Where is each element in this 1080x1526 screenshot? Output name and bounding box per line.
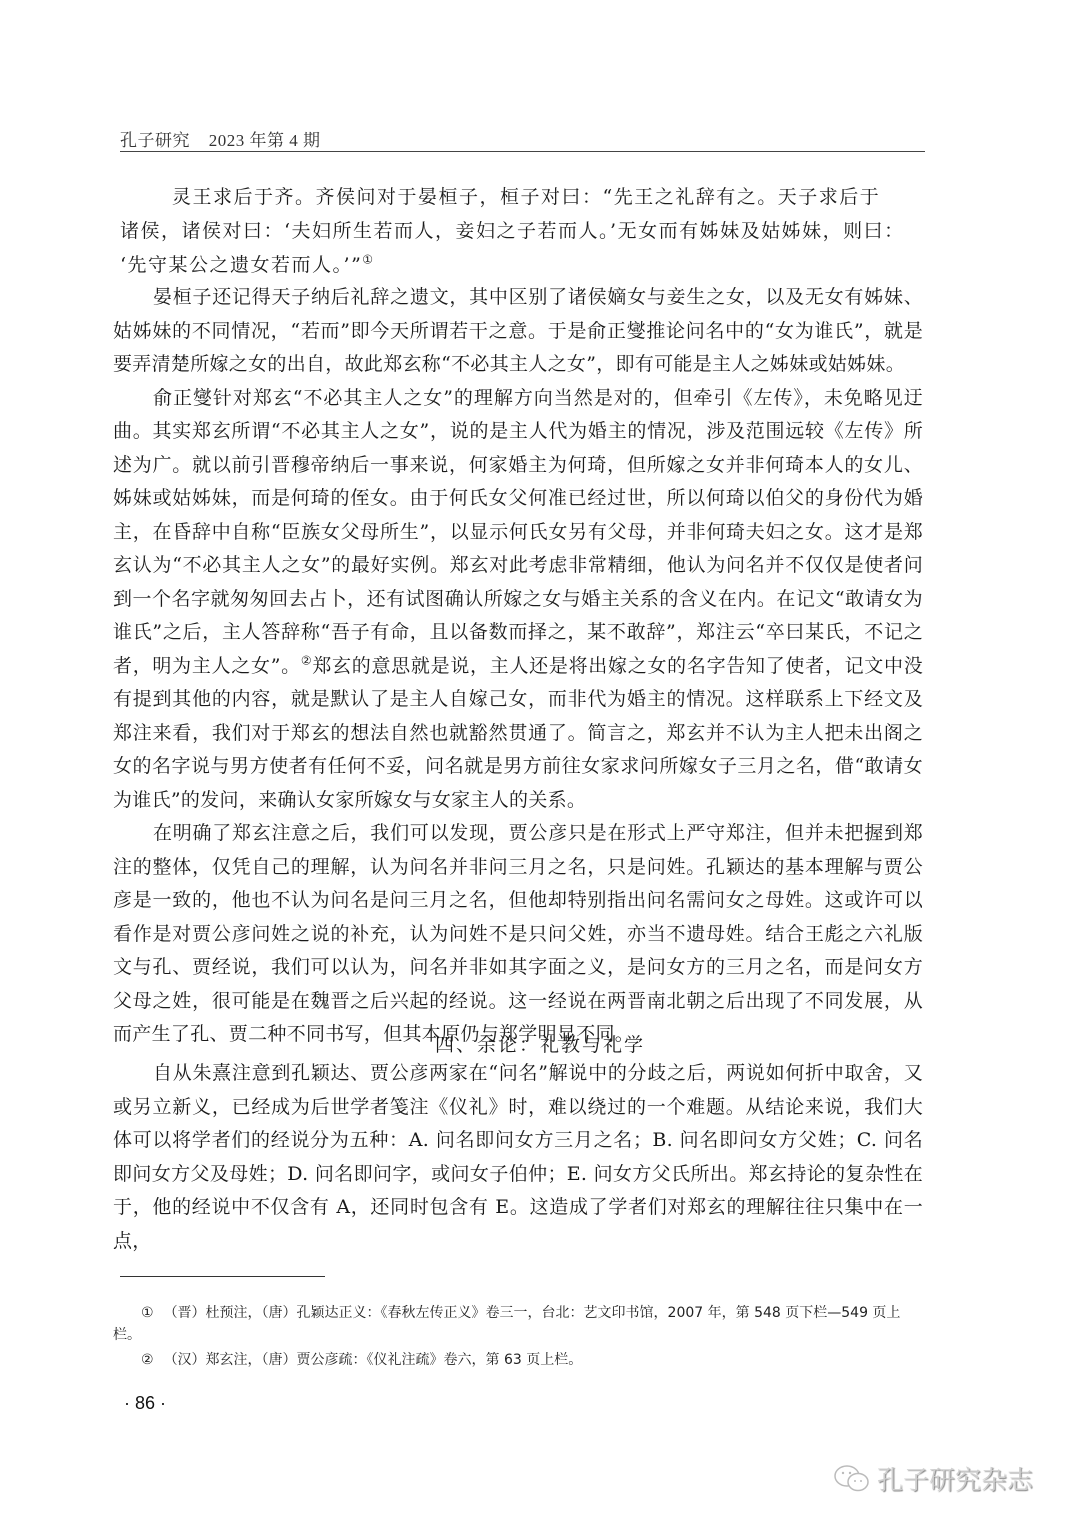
page-number: · 86 · [124, 1393, 166, 1414]
watermark: 孔子研究杂志 [833, 1460, 1033, 1497]
quote-line-text: ‘先守某公之遗女若而人。’” [120, 254, 362, 276]
footnotes: ①（晋）杜预注，（唐）孔颖达正义：《春秋左传正义》卷三一，台北：艺文印书馆，20… [113, 1302, 923, 1374]
block-quote: 灵王求后于齐。齐侯问对于晏桓子，桓子对曰：“先王之礼辞有之。天子求后于 诸侯，诸… [120, 180, 920, 282]
body-text: 晏桓子还记得天子纳后礼辞之遗文，其中区别了诸侯嫡女与妾生之女，以及无女有姊妹、姑… [113, 281, 923, 1052]
paragraph: 俞正燮针对郑玄“不必其主人之女”的理解方向当然是对的，但牵引《左传》，未免略见迂… [113, 382, 923, 818]
watermark-text: 孔子研究杂志 [877, 1460, 1033, 1497]
footnote: ②（汉）郑玄注，（唐）贾公彦疏：《仪礼注疏》卷六，第 63 页上栏。 [113, 1349, 923, 1371]
quote-line: ‘先守某公之遗女若而人。’”① [120, 248, 920, 282]
footnote-mark: ① [141, 1305, 154, 1321]
footnote-mark: ② [141, 1352, 154, 1368]
paragraph: 在明确了郑玄注意之后，我们可以发现，贾公彦只是在形式上严守郑注，但并未把握到郑注… [113, 817, 923, 1052]
quote-line: 诸侯，诸侯对曰：‘夫妇所生若而人，妾妇之子若而人。’无女而有姊妹及姑姊妹，则曰： [120, 214, 920, 248]
paragraph: 晏桓子还记得天子纳后礼辞之遗文，其中区别了诸侯嫡女与妾生之女，以及无女有姊妹、姑… [113, 281, 923, 382]
footnote: ①（晋）杜预注，（唐）孔颖达正义：《春秋左传正义》卷三一，台北：艺文印书馆，20… [113, 1302, 923, 1346]
footnote-text: （晋）杜预注，（唐）孔颖达正义：《春秋左传正义》卷三一，台北：艺文印书馆，200… [113, 1305, 900, 1343]
footnote-rule [120, 1276, 325, 1277]
paragraph-text: 俞正燮针对郑玄“不必其主人之女”的理解方向当然是对的，但牵引《左传》，未免略见迂… [113, 387, 923, 677]
paragraph: 自从朱熹注意到孔颖达、贾公彦两家在“问名”解说中的分歧之后，两说如何折中取舍，又… [113, 1057, 923, 1258]
footnote-text: （汉）郑玄注，（唐）贾公彦疏：《仪礼注疏》卷六，第 63 页上栏。 [164, 1352, 583, 1368]
running-head: 孔子研究 2023 年第 4 期 [120, 126, 321, 151]
paragraph-text: 郑玄的意思就是说，主人还是将出嫁之女的名字告知了使者，记文中没有提到其他的内容，… [113, 655, 923, 811]
wechat-icon [833, 1464, 871, 1494]
section-body: 自从朱熹注意到孔颖达、贾公彦两家在“问名”解说中的分歧之后，两说如何折中取舍，又… [113, 1057, 923, 1258]
quote-line: 灵王求后于齐。齐侯问对于晏桓子，桓子对曰：“先王之礼辞有之。天子求后于 [120, 180, 920, 214]
section-heading: 四、余论：礼教与礼学 [0, 1030, 1080, 1057]
footnote-ref[interactable]: ② [301, 653, 312, 667]
issue-label: 2023 年第 4 期 [209, 131, 321, 150]
footnote-ref[interactable]: ① [362, 253, 374, 267]
journal-name: 孔子研究 [120, 131, 190, 150]
header-rule [120, 151, 925, 152]
